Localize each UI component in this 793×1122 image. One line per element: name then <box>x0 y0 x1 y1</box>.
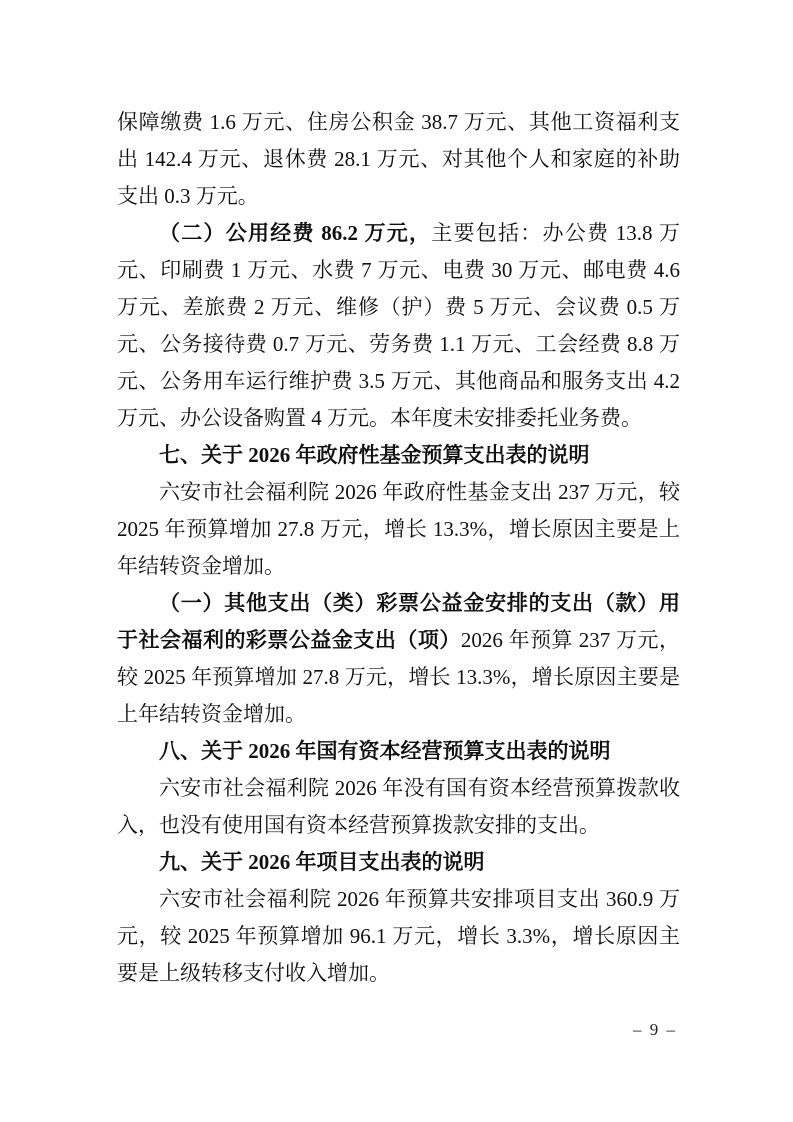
para-project-expenditure: 六安市社会福利院 2026 年预算共安排项目支出 360.9 万元，较 2025… <box>117 881 680 992</box>
paragraph-text: 六安市社会福利院 2026 年预算共安排项目支出 360.9 万元，较 2025… <box>117 887 680 985</box>
paragraph-text: 主要包括：办公费 13.8 万元、印刷费 1 万元、水费 7 万元、电费 30 … <box>117 221 680 430</box>
para-state-capital: 六安市社会福利院 2026 年没有国有资本经营预算拨款收入，也没有使用国有资本经… <box>117 770 680 844</box>
heading-section-seven: 七、关于 2026 年政府性基金预算支出表的说明 <box>117 437 680 474</box>
paragraph-text: 六安市社会福利院 2026 年没有国有资本经营预算拨款收入，也没有使用国有资本经… <box>117 776 680 837</box>
document-page: 保障缴费 1.6 万元、住房公积金 38.7 万元、其他工资福利支出 142.4… <box>0 0 793 1122</box>
paragraph-text: 保障缴费 1.6 万元、住房公积金 38.7 万元、其他工资福利支出 142.4… <box>117 110 680 208</box>
para-lottery-fund: （一）其他支出（类）彩票公益金安排的支出（款）用于社会福利的彩票公益金支出（项）… <box>117 585 680 733</box>
document-body: 保障缴费 1.6 万元、住房公积金 38.7 万元、其他工资福利支出 142.4… <box>117 104 680 992</box>
para-public-expenses: （二）公用经费 86.2 万元，主要包括：办公费 13.8 万元、印刷费 1 万… <box>117 215 680 437</box>
heading-section-eight: 八、关于 2026 年国有资本经营预算支出表的说明 <box>117 733 680 770</box>
heading-section-nine: 九、关于 2026 年项目支出表的说明 <box>117 844 680 881</box>
page-number: – 9 – <box>117 1018 677 1042</box>
para-wage-benefits-continued: 保障缴费 1.6 万元、住房公积金 38.7 万元、其他工资福利支出 142.4… <box>117 104 680 215</box>
paragraph-bold-lead: （二）公用经费 86.2 万元， <box>159 221 431 245</box>
para-gov-fund-budget: 六安市社会福利院 2026 年政府性基金支出 237 万元，较 2025 年预算… <box>117 474 680 585</box>
paragraph-text: 六安市社会福利院 2026 年政府性基金支出 237 万元，较 2025 年预算… <box>117 480 680 578</box>
